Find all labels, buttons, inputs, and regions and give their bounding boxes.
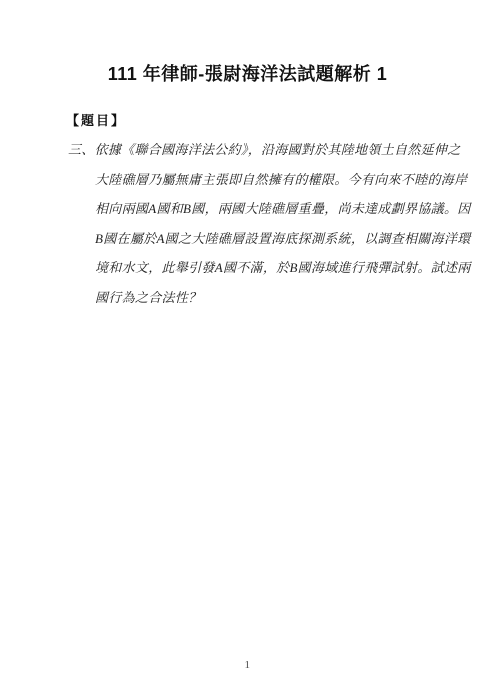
page-number: 1 bbox=[0, 659, 495, 671]
question-line-1-text: 依據《聯合國海洋法公約》，沿海國對於其陸地領土自然延伸之 bbox=[95, 142, 461, 157]
question-line-1: 三、依據《聯合國海洋法公約》，沿海國對於其陸地領土自然延伸之 bbox=[68, 135, 440, 165]
question-paragraph: 三、依據《聯合國海洋法公約》，沿海國對於其陸地領土自然延伸之 大陸礁層乃屬無庸主… bbox=[68, 135, 440, 312]
document-page: 111 年律師-張尉海洋法試題解析 1 【題目】 三、依據《聯合國海洋法公約》，… bbox=[0, 0, 495, 700]
question-line-4: B國在屬於A國之大陸礁層設置海底探測系統，以調查相關海洋環 bbox=[95, 224, 440, 254]
question-line-5: 境和水文，此舉引發A國不滿，於B國海域進行飛彈試射。試述兩 bbox=[95, 253, 440, 283]
page-title: 111 年律師-張尉海洋法試題解析 1 bbox=[0, 60, 495, 86]
question-line-3: 相向兩國A國和B國，兩國大陸礁層重疊，尚未達成劃界協議。因 bbox=[95, 194, 440, 224]
question-line-2: 大陸礁層乃屬無庸主張即自然擁有的權限。今有向來不睦的海岸 bbox=[95, 165, 440, 195]
section-label-question: 【題目】 bbox=[66, 110, 126, 129]
question-line-6: 國行為之合法性？ bbox=[95, 283, 440, 313]
question-item-marker: 三、 bbox=[68, 142, 95, 157]
